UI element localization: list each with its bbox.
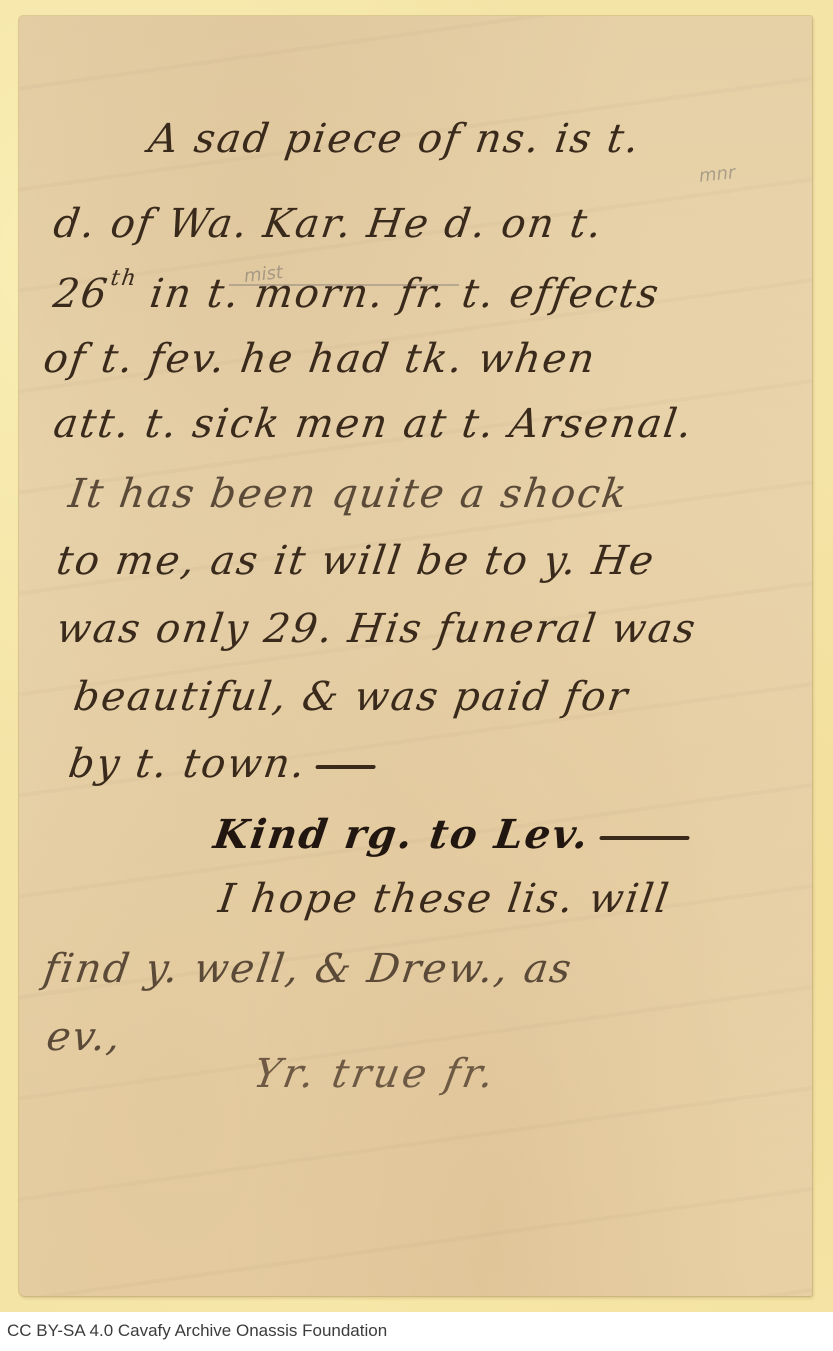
signature: Yr. true fr. bbox=[250, 1051, 500, 1097]
letter-line-9: beautiful, & was paid for bbox=[71, 674, 632, 720]
date-suffix: th bbox=[109, 266, 140, 291]
letter-page: mnr mist A sad piece of ns. is t. d. of … bbox=[19, 16, 812, 1296]
line-3-text: in t. morn. fr. t. effects bbox=[132, 271, 663, 317]
letter-line-1: A sad piece of ns. is t. bbox=[146, 116, 644, 162]
letter-line-11: Kind rg. to Lev. bbox=[211, 811, 693, 858]
dash-mark bbox=[316, 765, 377, 769]
pencil-annotation: mnr bbox=[698, 162, 736, 187]
line-10-text: by t. town. bbox=[66, 741, 310, 787]
line-11-text: Kind rg. to Lev. bbox=[211, 811, 593, 858]
letter-line-10: by t. town. bbox=[66, 741, 380, 787]
letter-line-3: 26th in t. morn. fr. t. effects bbox=[50, 266, 663, 317]
letter-line-2: d. of Wa. Kar. He d. on t. bbox=[51, 201, 607, 247]
letter-line-7: to me, as it will be to y. He bbox=[54, 538, 659, 584]
letter-line-6: It has been quite a shock bbox=[66, 471, 632, 517]
letter-line-4: of t. fev. he had tk. when bbox=[41, 336, 600, 382]
letter-line-8: was only 29. His funeral was bbox=[54, 606, 700, 652]
letter-line-5: att. t. sick men at t. Arsenal. bbox=[51, 401, 697, 447]
caption-bar: CC BY-SA 4.0 Cavafy Archive Onassis Foun… bbox=[0, 1312, 833, 1351]
date-day: 26 bbox=[50, 271, 111, 317]
dash-mark bbox=[599, 836, 690, 840]
license-caption: CC BY-SA 4.0 Cavafy Archive Onassis Foun… bbox=[7, 1321, 387, 1341]
letter-line-12: I hope these lis. will bbox=[216, 876, 673, 922]
letter-line-14: ev., bbox=[44, 1014, 125, 1060]
letter-line-13: find y. well, & Drew., as bbox=[41, 946, 576, 992]
